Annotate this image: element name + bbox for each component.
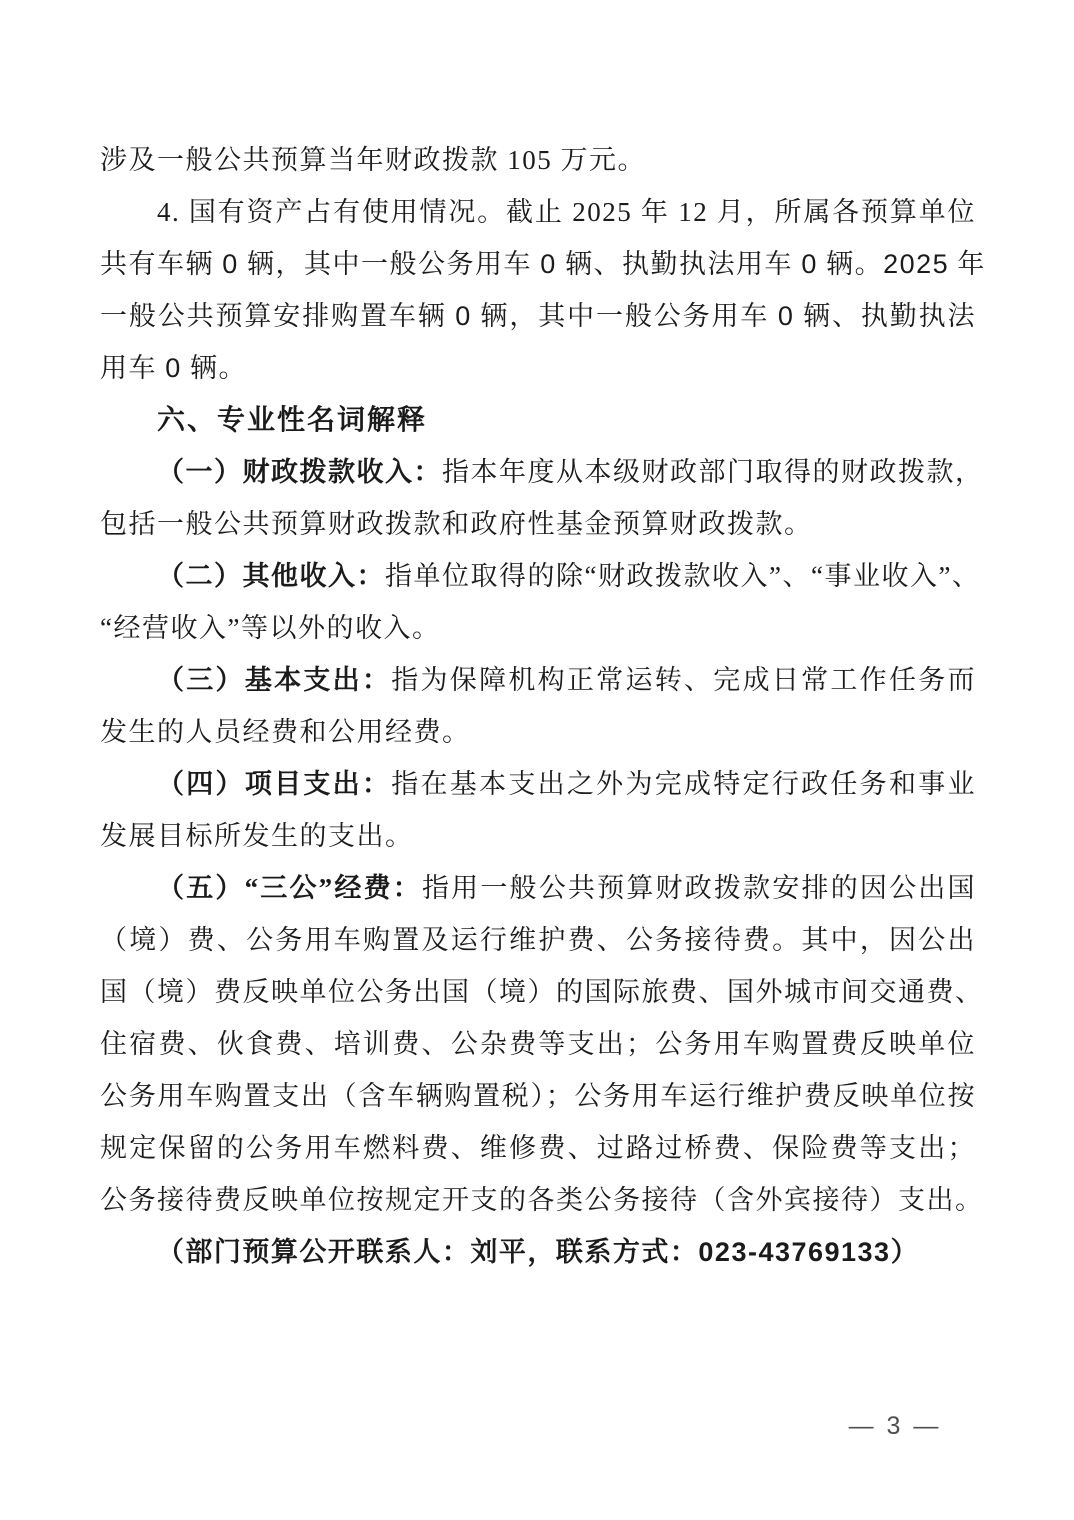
text-segment: 公务用车购置支出（含车辆购置税）；公务用车运行维护费反映单位按 [100, 1081, 976, 1111]
text-line: 涉及一般公共预算当年财政拨款 105 万元。 [100, 134, 976, 186]
text-segment: 一般公共预算安排购置车辆 [100, 301, 455, 331]
text-segment: 公务接待费反映单位按规定开支的各类公务接待（含外宾接待）支出。 [100, 1185, 984, 1215]
text-segment: 辆、执勤执法 [794, 301, 976, 331]
document-page: 涉及一般公共预算当年财政拨款 105 万元。4. 国有资产占有使用情况。截止 2… [0, 0, 1074, 1520]
text-segment: 辆，其中一般公务用车 [239, 249, 541, 279]
text-line: 发生的人员经费和公用经费。 [100, 706, 976, 758]
text-line: 用车 0 辆。 [100, 342, 976, 394]
text-line: 公务接待费反映单位按规定开支的各类公务接待（含外宾接待）支出。 [100, 1174, 976, 1226]
text-segment: 发展目标所发生的支出。 [100, 821, 414, 851]
text-segment: 指在基本支出之外为完成特定行政任务和事业 [391, 769, 976, 799]
text-segment: （二）其他收入： [157, 561, 385, 591]
text-segment: 辆、执勤执法用车 [557, 249, 802, 279]
text-segment: 指本年度从本级财政部门取得的财政拨款， [442, 457, 984, 487]
text-segment: 0 [222, 249, 239, 279]
text-segment: （一）财政拨款收入： [157, 457, 442, 487]
text-line: （一）财政拨款收入：指本年度从本级财政部门取得的财政拨款， [100, 446, 976, 498]
text-line: （二）其他收入：指单位取得的除“财政拨款收入”、“事业收入”、 [100, 550, 976, 602]
text-segment: 发生的人员经费和公用经费。 [100, 717, 471, 747]
text-segment: 辆。 [818, 249, 883, 279]
text-segment: 用车 [100, 353, 165, 383]
text-line: （四）项目支出：指在基本支出之外为完成特定行政任务和事业 [100, 758, 976, 810]
text-segment: （四）项目支出： [157, 769, 391, 799]
text-line: 公务用车购置支出（含车辆购置税）；公务用车运行维护费反映单位按 [100, 1070, 976, 1122]
text-segment: 住宿费、伙食费、培训费、公杂费等支出；公务用车购置费反映单位 [100, 1029, 976, 1059]
text-line: 规定保留的公务用车燃料费、维修费、过路过桥费、保险费等支出； [100, 1122, 976, 1174]
text-line: （五）“三公”经费：指用一般公共预算财政拨款安排的因公出国 [100, 862, 976, 914]
text-segment: 0 [455, 301, 472, 331]
text-segment: 年 [949, 249, 986, 279]
text-segment: （部门预算公开联系人：刘平，联系方式： [157, 1237, 699, 1267]
text-line: 住宿费、伙食费、培训费、公杂费等支出；公务用车购置费反映单位 [100, 1018, 976, 1070]
text-line: 国（境）费反映单位公务出国（境）的国际旅费、国外城市间交通费、 [100, 966, 976, 1018]
text-line: 包括一般公共预算财政拨款和政府性基金预算财政拨款。 [100, 498, 976, 550]
text-segment: 国（境）费反映单位公务出国（境）的国际旅费、国外城市间交通费、 [100, 977, 984, 1007]
text-line: “经营收入”等以外的收入。 [100, 602, 976, 654]
text-segment: 指单位取得的除“财政拨款收入”、“事业收入”、 [385, 561, 980, 591]
text-segment: ） [891, 1237, 920, 1267]
text-segment: 六、专业性名词解释 [157, 404, 427, 435]
page-number: — 3 — [828, 1406, 962, 1446]
section-heading: 六、专业性名词解释 [100, 394, 976, 446]
contact-line: （部门预算公开联系人：刘平，联系方式：023-43769133） [100, 1226, 976, 1278]
text-segment: 指为保障机构正常运转、完成日常工作任务而 [391, 665, 976, 695]
text-segment: 0 [165, 353, 182, 383]
text-segment: 2025 [883, 249, 949, 279]
text-segment: 共有车辆 [100, 249, 222, 279]
text-segment: 0 [778, 301, 795, 331]
text-segment: 0 [540, 249, 557, 279]
text-segment: 4. 国有资产占有使用情况。截止 2025 年 12 月，所属各预算单位 [157, 197, 976, 227]
text-segment: 辆。 [182, 353, 247, 383]
text-segment: 指用一般公共预算财政拨款安排的因公出国 [422, 873, 976, 903]
text-line: （三）基本支出：指为保障机构正常运转、完成日常工作任务而 [100, 654, 976, 706]
text-line: 共有车辆 0 辆，其中一般公务用车 0 辆、执勤执法用车 0 辆。2025 年 [100, 238, 976, 290]
text-segment: 涉及一般公共预算当年财政拨款 105 万元。 [100, 145, 646, 175]
text-line: 一般公共预算安排购置车辆 0 辆，其中一般公务用车 0 辆、执勤执法 [100, 290, 976, 342]
text-line: （境）费、公务用车购置及运行维护费、公务接待费。其中，因公出 [100, 914, 976, 966]
text-segment: 023-43769133 [698, 1237, 890, 1267]
text-segment: （五）“三公”经费： [157, 873, 422, 903]
text-segment: 辆，其中一般公务用车 [472, 301, 778, 331]
text-segment: 包括一般公共预算财政拨款和政府性基金预算财政拨款。 [100, 509, 813, 539]
text-segment: 0 [801, 249, 818, 279]
text-line: 发展目标所发生的支出。 [100, 810, 976, 862]
text-segment: （境）费、公务用车购置及运行维护费、公务接待费。其中，因公出 [100, 925, 976, 955]
text-segment: （三）基本支出： [157, 665, 391, 695]
text-line: 4. 国有资产占有使用情况。截止 2025 年 12 月，所属各预算单位 [100, 186, 976, 238]
document-text-block: 涉及一般公共预算当年财政拨款 105 万元。4. 国有资产占有使用情况。截止 2… [100, 134, 976, 1278]
text-segment: 规定保留的公务用车燃料费、维修费、过路过桥费、保险费等支出； [100, 1133, 976, 1163]
text-segment: “经营收入”等以外的收入。 [100, 613, 440, 643]
